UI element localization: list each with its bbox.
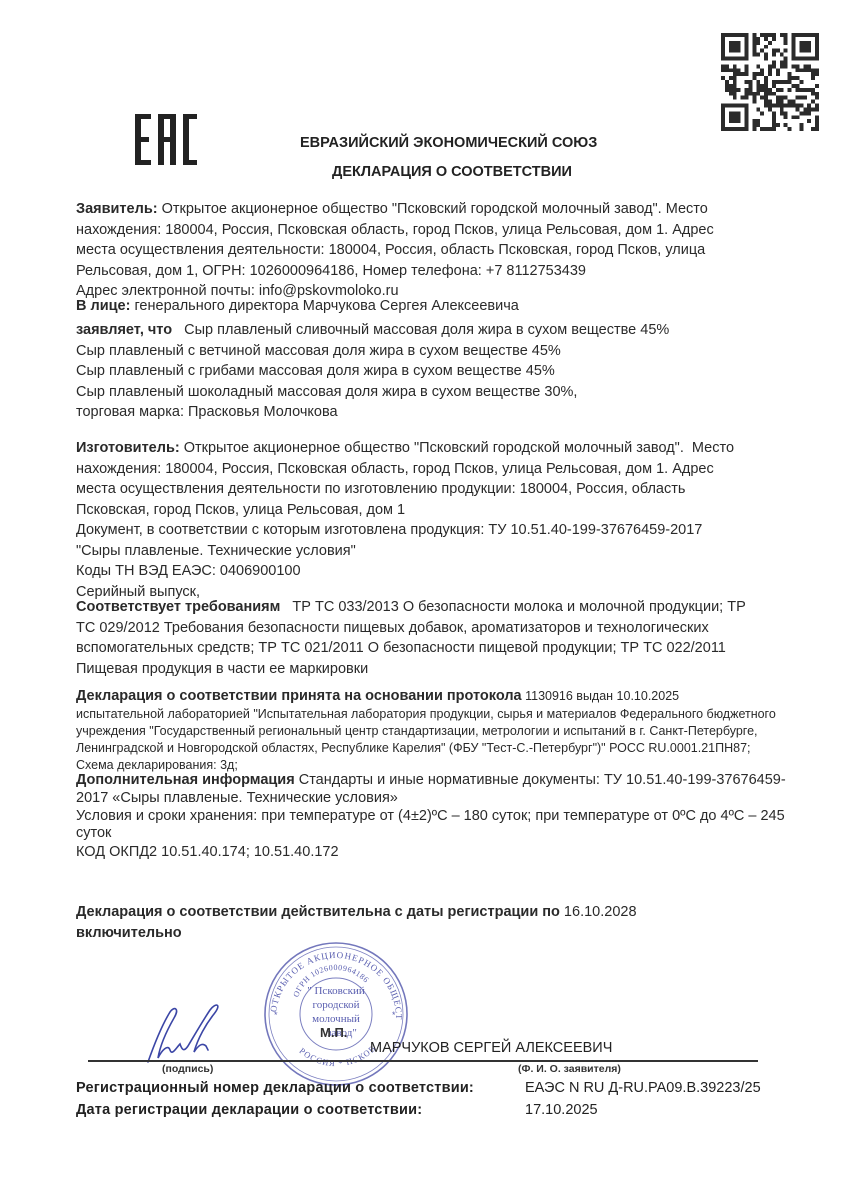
applicant-label: Заявитель:: [76, 201, 158, 217]
company-stamp-icon: ОТКРЫТОЕ АКЦИОНЕРНОЕ ОБЩЕСТВО ОГРН 10260…: [258, 938, 414, 1086]
registration-number-value: ЕАЭС N RU Д-RU.PA09.B.39223/25: [525, 1080, 761, 1096]
manufacturer-section: Изготовитель: Открытое акционерное общес…: [76, 438, 796, 602]
basis-label: Декларация о соответствии принята на осн…: [76, 688, 522, 704]
signature-icon: [140, 1000, 230, 1068]
signature-line: [88, 1060, 286, 1062]
basis-section: Декларация о соответствии принята на осн…: [76, 686, 816, 774]
svg-text:*: *: [392, 1010, 396, 1020]
seal-place-label: М.П.: [320, 1025, 347, 1040]
eac-logo-icon: [133, 112, 199, 167]
validity-date: 16.10.2028: [560, 904, 637, 920]
svg-text:*: *: [274, 1010, 278, 1020]
svg-text:молочный: молочный: [312, 1013, 360, 1025]
document-title: ДЕКЛАРАЦИЯ О СООТВЕТСТВИИ: [332, 164, 572, 180]
svg-text:" Псковский: " Псковский: [307, 985, 365, 997]
signature-caption: (подпись): [162, 1063, 213, 1075]
validity-section: Декларация о соответствии действительна …: [76, 902, 796, 943]
registration-number-label: Регистрационный номер декларации о соотв…: [76, 1080, 474, 1096]
applicant-section: Заявитель: Открытое акционерное общество…: [76, 199, 796, 302]
name-line: [280, 1060, 758, 1062]
additional-info-label: Дополнительная информация: [76, 772, 295, 788]
validity-label: Декларация о соответствии действительна …: [76, 904, 560, 920]
additional-info-section: Дополнительная информация Стандарты и ин…: [76, 770, 816, 861]
representative-section: В лице: генерального директора Марчукова…: [76, 296, 796, 317]
declares-label: заявляет, что: [76, 322, 172, 338]
qr-code-icon[interactable]: [721, 33, 819, 131]
requirements-section: Соответствует требованиям ТР ТС 033/2013…: [76, 597, 796, 679]
representative-label: В лице:: [76, 298, 130, 314]
name-caption: (Ф. И. О. заявителя): [518, 1063, 621, 1075]
requirements-label: Соответствует требованиям: [76, 599, 280, 615]
manufacturer-label: Изготовитель:: [76, 440, 180, 456]
union-title: ЕВРАЗИЙСКИЙ ЭКОНОМИЧЕСКИЙ СОЮЗ: [300, 135, 597, 151]
declares-section: заявляет, что Сыр плавленый сливочный ма…: [76, 320, 796, 423]
registration-date-value: 17.10.2025: [525, 1102, 598, 1118]
svg-text:РОССИЯ * ПСКОВ: РОССИЯ * ПСКОВ: [297, 1043, 377, 1068]
svg-text:городской: городской: [312, 999, 359, 1011]
signatory-name: МАРЧУКОВ СЕРГЕЙ АЛЕКСЕЕВИЧ: [370, 1040, 612, 1056]
registration-date-label: Дата регистрации декларации о соответств…: [76, 1102, 422, 1118]
